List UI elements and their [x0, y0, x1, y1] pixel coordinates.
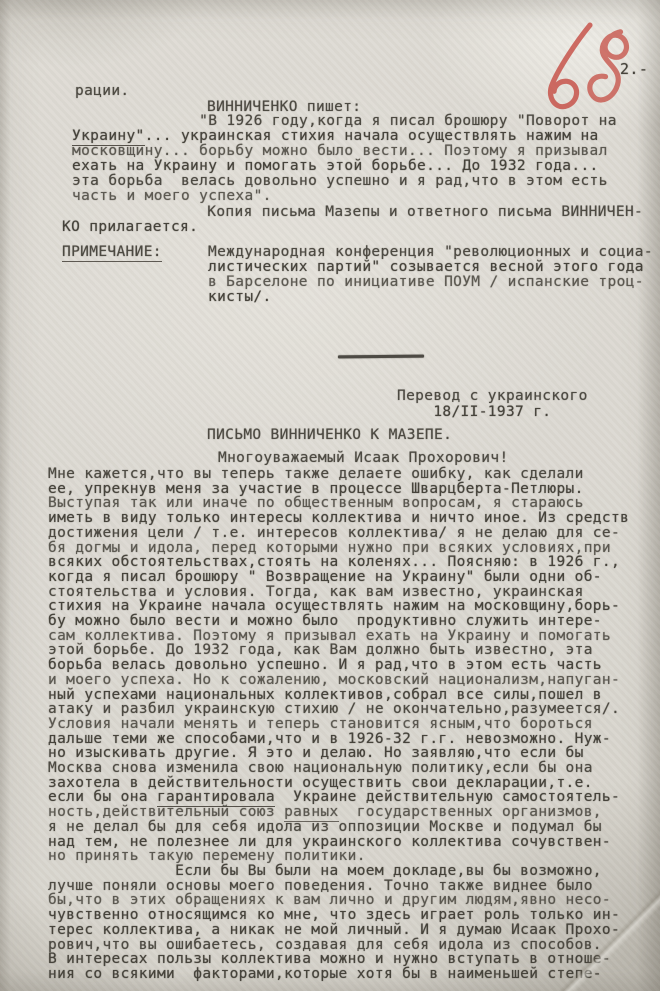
- typed-line: терес коллектива, а никак не мой личный.…: [48, 923, 629, 938]
- typed-line: и моего успеха. Но к сожалению, московск…: [48, 673, 629, 688]
- typed-line: но изыскивать другие. Я это и делаю. Но …: [48, 746, 629, 761]
- typed-line: достижения цели / т.е. интересов коллект…: [48, 526, 629, 541]
- letter-body: Мне кажется,что вы теперь также делаете …: [48, 467, 629, 982]
- typed-line: стоятельства и условия. Тогда, как вам и…: [48, 585, 629, 600]
- digit-6-stroke: [549, 22, 590, 108]
- typed-line: чувственно относящимся ко мне, что здесь…: [48, 908, 629, 923]
- typed-line: рации.: [75, 84, 129, 99]
- text-run: ... украинская стихия начала осуществлят…: [145, 128, 599, 144]
- translation-note: Перевод с украинского 18/II-1937 г.: [397, 388, 588, 420]
- typed-line: иметь в виду только интересы коллектива …: [48, 511, 629, 526]
- text-run: государственных организмов,: [339, 804, 602, 820]
- typed-line: Международная конференция "революционных…: [208, 245, 653, 260]
- typed-line: борьба велась довольно успешно. И я рад,…: [48, 658, 629, 673]
- letter-title: ПИСЬМО ВИННИЧЕНКО К МАЗЕПЕ.: [207, 428, 452, 443]
- typed-line: ПРИМЕЧАНИЕ:: [62, 245, 162, 260]
- attachment-note: Копия письма Мазепы и ответного письма В…: [62, 205, 643, 235]
- typed-line: ехать на Украину и помогать этой борьбе.…: [72, 159, 617, 174]
- typed-line: бу можно было вести и можно было продукт…: [48, 614, 629, 629]
- typed-line: атаку и разбил украинскую стихию / не ок…: [48, 702, 629, 717]
- typed-line: Мне кажется,что вы теперь также делаете …: [48, 467, 629, 482]
- typed-line: стихия на Украине начала осуществлять на…: [48, 599, 629, 614]
- typed-line: Украину"... украинская стихия начала осу…: [72, 129, 617, 144]
- typed-line: всяких обстоятельствах,стоять на коленях…: [48, 555, 629, 570]
- typed-line: над тем, не полезнее ли для украинского …: [48, 835, 629, 850]
- typed-line: когда я писал брошюру " Возвращение на У…: [48, 570, 629, 585]
- note-label: ПРИМЕЧАНИЕ:: [62, 245, 162, 260]
- typed-line: "В 1926 году,когда я писал брошюру "Пово…: [72, 114, 617, 129]
- typed-line: московщину... борьбу можно было вести...…: [72, 144, 617, 159]
- typed-line: кисты/.: [208, 290, 653, 305]
- quote-paragraph: "В 1926 году,когда я писал брошюру "Пово…: [72, 114, 617, 204]
- salutation: Многоуважаемый Исаак Прохорович!: [218, 451, 509, 466]
- typed-line: бы,что в этих обращениях к вам лично и д…: [48, 893, 629, 908]
- typed-line: Условия начали менять и теперь становитс…: [48, 717, 629, 732]
- typed-page-number: 2.-: [620, 60, 648, 78]
- text-run: ность,действительный союз: [48, 804, 284, 820]
- typed-line: Москва снова изменила свою национальную …: [48, 761, 629, 776]
- typed-line: этой борьбе. До 1932 года, как Вам должн…: [48, 643, 629, 658]
- typed-line: В интересах пользы коллектива можно и ну…: [48, 952, 629, 967]
- typed-line: 18/II-1937 г.: [397, 404, 588, 420]
- typed-line: Выступая так или иначе по общественным в…: [48, 496, 629, 511]
- underlined-text: ПРИМЕЧАНИЕ:: [62, 244, 162, 262]
- handwritten-folio-number: [516, 15, 634, 124]
- section-divider: [338, 355, 424, 358]
- typed-line: листических партий" созывается весной эт…: [208, 260, 653, 275]
- typed-line: ПИСЬМО ВИННИЧЕНКО К МАЗЕПЕ.: [207, 428, 452, 443]
- typed-line: рович,что вы ошибаетесь, создавая для се…: [48, 938, 629, 953]
- typed-line: Копия письма Мазепы и ответного письма В…: [62, 205, 643, 220]
- carryover-line: рации.: [75, 84, 129, 99]
- typed-line: часть и моего успеха".: [72, 189, 617, 204]
- document-page: 2.- рации.ВИННИЧЕНКО пишет: "В 1926 году…: [0, 0, 660, 991]
- note-body: Международная конференция "революционных…: [208, 245, 653, 305]
- typed-line: в Барселоне по инициативе ПОУМ / испанск…: [208, 275, 653, 290]
- typed-line: Если бы Вы были на моем докладе,вы бы во…: [48, 864, 629, 879]
- typed-line: бя догмы и идола, перед которыми нужно п…: [48, 541, 629, 556]
- typed-line: эта борьба велась довольно успешно и я р…: [72, 174, 617, 189]
- typed-line: КО прилагается.: [62, 220, 643, 235]
- typed-line: Перевод с украинского: [397, 388, 588, 404]
- typed-line: если бы она гарантировала Украине действ…: [48, 790, 629, 805]
- typed-line: ния со всякими факторами,которые хотя бы…: [48, 967, 629, 982]
- typed-line: я не делал бы для себя идола из оппозици…: [48, 820, 629, 835]
- typed-line: Многоуважаемый Исаак Прохорович!: [218, 451, 509, 466]
- typed-line: но принять такую перемену политики.: [48, 849, 629, 864]
- typed-line: ность,действительный союз равных государ…: [48, 805, 629, 820]
